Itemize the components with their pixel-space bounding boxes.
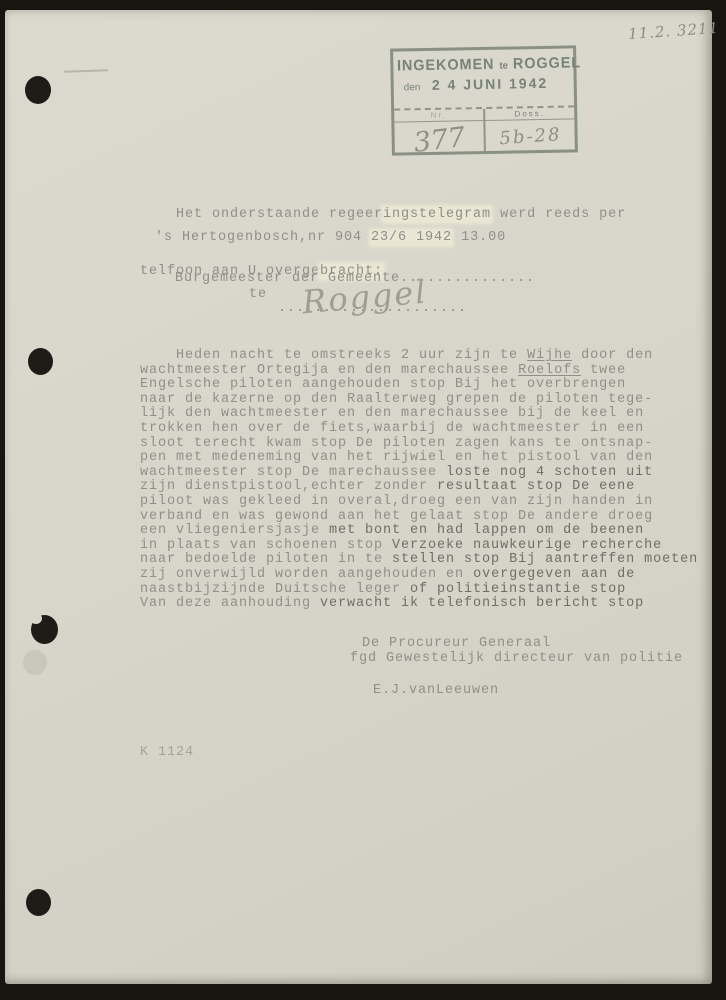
telegram-dateline: 's Hertogenbosch,nr 904 23/6 1942 13.00: [155, 230, 506, 245]
telegram-line: trokken hen over de fiets,waarbij de wac…: [140, 422, 698, 437]
stamp-date-row: den 2 4 JUNI 1942: [394, 74, 574, 93]
text-segment: zij onverwijld worden aangehouden en: [140, 567, 473, 582]
text-segment: resultaat stop De eene: [437, 479, 635, 494]
telegram-line: verband en was gewond aan het gelaat sto…: [140, 510, 698, 525]
telegram-line: in plaats van schoenen stop Verzoeke nau…: [140, 539, 698, 554]
telegram-line: sloot terecht kwam stop De piloten zagen…: [140, 437, 698, 452]
text-segment: Verzoeke nauwkeurige recherche: [392, 538, 662, 553]
text-segment: door den: [572, 348, 653, 363]
telegram-body: Heden nacht te omstreeks 2 uur zijn te W…: [140, 349, 698, 612]
telegram-line: naastbijzijnde Duitsche leger of politie…: [140, 583, 698, 598]
text-segment: lijk den wachtmeester en den marechausse…: [140, 406, 644, 421]
text-segment: verwacht ik telefonisch bericht stop: [320, 596, 644, 611]
telegram-line: een vliegeniersjasje met bont en had lap…: [140, 524, 698, 539]
stamp-columns: Nr. 377 Doss. 5b-28: [394, 105, 575, 152]
text-segment: overgegeven aan de: [473, 567, 635, 582]
text-segment: Van deze aanhouding: [140, 596, 320, 611]
stamp-title: INGEKOMEN te ROGGEL: [397, 54, 570, 74]
telegram-line: pen met medeneming van het rijwiel en he…: [140, 451, 698, 466]
text-segment: Wijhe: [527, 348, 572, 363]
text-segment: 's Hertogenbosch,nr 904: [155, 230, 371, 245]
text-segment: naastbijzijnde Duitsche leger: [140, 582, 410, 597]
text-segment: of politieinstantie stop: [410, 582, 626, 597]
text-segment: met bont en had lappen om de beenen: [329, 523, 644, 538]
text-segment: naar bedoelde piloten in te: [140, 552, 392, 567]
text-segment: trokken hen over de fiets,waarbij de wac…: [140, 421, 644, 436]
punch-hole-notch: [30, 613, 42, 624]
telegram-line: zijn dienstpistool,echter zonder resulta…: [140, 480, 698, 495]
bottom-reference-number: K 1124: [140, 745, 194, 760]
text-segment: wachtmeester Ortegija en den marechausse…: [140, 363, 518, 378]
text-segment: Het onderstaande regeer: [140, 207, 383, 222]
text-segment: in plaats van schoenen stop: [140, 538, 392, 553]
text-segment: wachtmeester stop De marechaussee: [140, 465, 446, 480]
telegram-line: wachtmeester stop De marechaussee loste …: [140, 466, 698, 481]
stamp-title-te: te: [499, 61, 508, 72]
punch-hole: [28, 348, 53, 375]
signature-name: E.J.vanLeeuwen: [373, 683, 499, 698]
telegram-line: naar de kazerne op den Raalterweg grepen…: [140, 393, 698, 408]
signature-title-2: fgd Gewestelijk directeur van politie: [350, 651, 683, 666]
signature-title-1: De Procureur Generaal: [362, 636, 551, 651]
text-segment: werd reeds per: [491, 207, 626, 222]
punch-hole: [26, 889, 51, 916]
text-segment: stellen stop Bij aantreffen moeten: [392, 552, 698, 567]
text-segment: 13.00: [452, 230, 506, 245]
text-segment: naar de kazerne op den Raalterweg grepen…: [140, 392, 653, 407]
punch-hole-shadow: [23, 650, 47, 675]
stamp-col-nr: Nr. 377: [394, 109, 484, 153]
stamp-date: 2 4 JUNI 1942: [420, 75, 560, 93]
telegram-line: Heden nacht te omstreeks 2 uur zijn te W…: [140, 349, 698, 364]
text-segment: piloot was gekleed in overal,droeg een v…: [140, 494, 653, 509]
telegram-line: piloot was gekleed in overal,droeg een v…: [140, 495, 698, 510]
text-segment: twee: [581, 363, 626, 378]
telegram-line: Engelsche piloten aangehouden stop Bij h…: [140, 378, 698, 393]
text-segment: ingstelegram: [383, 207, 491, 222]
text-segment: Roelofs: [518, 363, 581, 378]
punch-hole: [25, 76, 51, 104]
addressee-te: te: [249, 287, 267, 302]
telegram-line: Van deze aanhouding verwacht ik telefoni…: [140, 597, 698, 612]
text-segment: een vliegeniersjasje: [140, 523, 329, 538]
stamp-date-prefix: den: [404, 82, 421, 93]
stamp-title-place: ROGGEL: [513, 54, 581, 72]
stamp-title-main: INGEKOMEN: [397, 56, 495, 75]
text-segment: 23/6 1942: [371, 230, 452, 245]
telegram-line: zij onverwijld worden aangehouden en ove…: [140, 568, 698, 583]
text-segment: pen met medeneming van het rijwiel en he…: [140, 450, 653, 465]
telegram-line: naar bedoelde piloten in te stellen stop…: [140, 553, 698, 568]
text-segment: Engelsche piloten aangehouden stop Bij h…: [140, 377, 626, 392]
text-segment: Heden nacht te omstreeks 2 uur zijn te: [140, 348, 527, 363]
stamp-label-doss: Doss.: [485, 107, 574, 121]
received-stamp: INGEKOMEN te ROGGEL den 2 4 JUNI 1942 Nr…: [390, 45, 578, 155]
text-segment: verband en was gewond aan het gelaat sto…: [140, 509, 653, 524]
intro-line-1: Het onderstaande regeeringstelegram werd…: [140, 205, 626, 224]
telegram-line: wachtmeester Ortegija en den marechausse…: [140, 364, 698, 379]
text-segment: zijn dienstpistool,echter zonder: [140, 479, 437, 494]
text-segment: loste nog 4 schoten uit: [446, 465, 653, 480]
stamp-value-doss: 5b-28: [485, 123, 575, 150]
telegram-line: lijk den wachtmeester en den marechausse…: [140, 407, 698, 422]
scanned-document: 11.2. 3211 INGEKOMEN te ROGGEL den 2 4 J…: [0, 0, 726, 1000]
text-segment: sloot terecht kwam stop De piloten zagen…: [140, 436, 653, 451]
stamp-col-doss: Doss. 5b-28: [483, 107, 575, 151]
